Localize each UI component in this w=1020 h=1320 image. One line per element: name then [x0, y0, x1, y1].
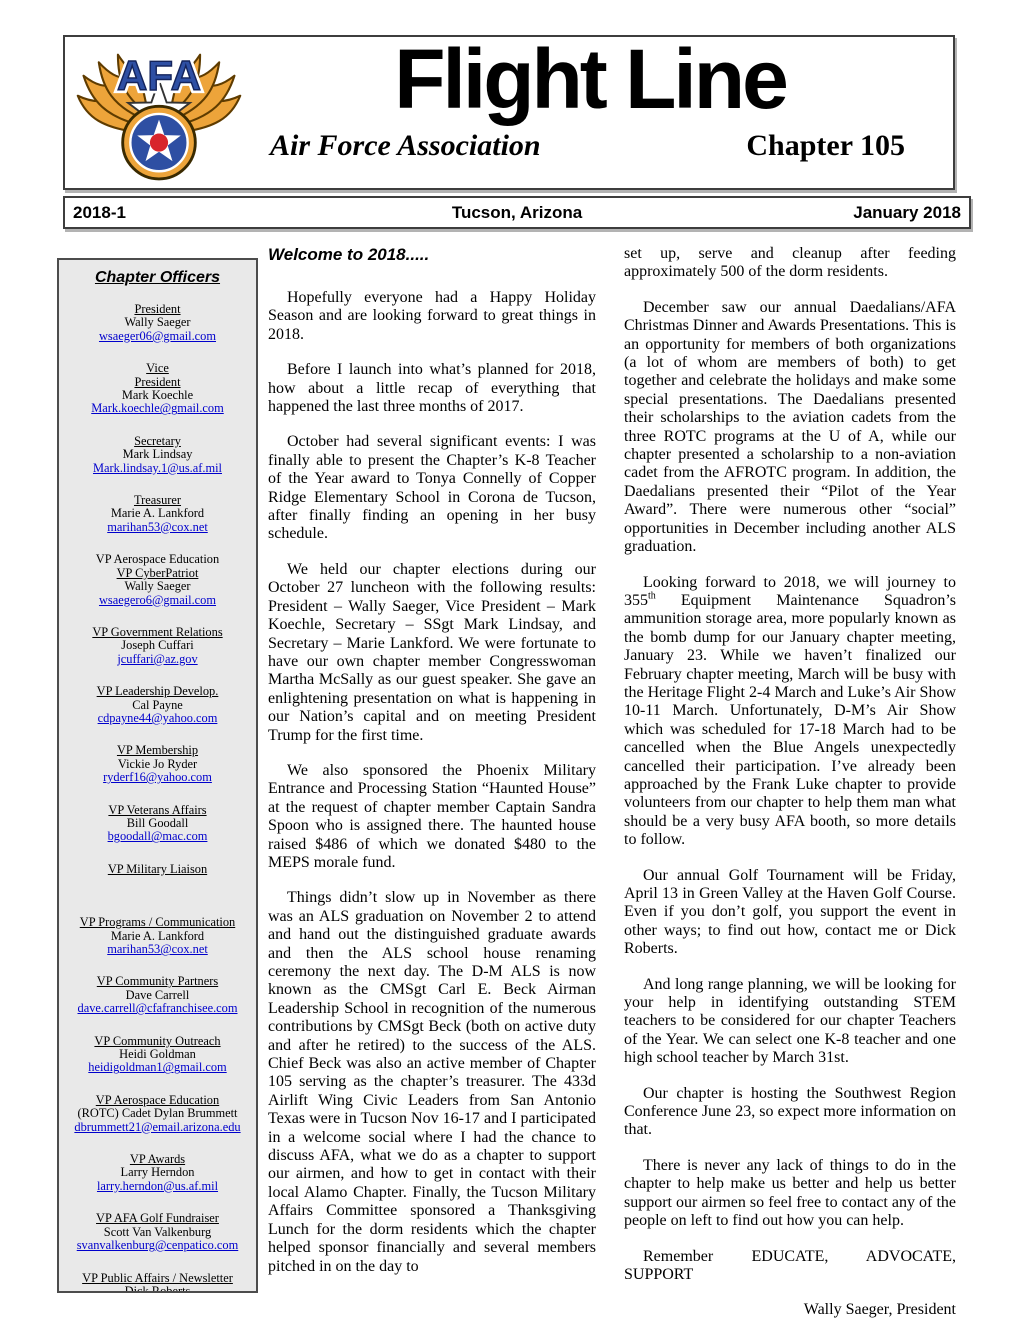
officer-email-link[interactable]: Mark.lindsay.1@us.af.mil: [59, 462, 256, 475]
article-heading: Welcome to 2018.....: [268, 245, 596, 265]
article-paragraph: December saw our annual Daedalians/AFA C…: [624, 299, 956, 557]
article-column-1: Welcome to 2018..... Hopefully everyone …: [268, 245, 596, 1293]
officer-entry: VP AFA Golf Fundraiser Scott Van Valkenb…: [59, 1212, 256, 1252]
officer-role: VP AFA Golf Fundraiser: [59, 1212, 256, 1225]
issue-date: January 2018: [665, 203, 961, 223]
officer-entry: VP Community Partners Dave Carrell dave.…: [59, 975, 256, 1015]
officer-pre-role: VP Aerospace Education: [59, 553, 256, 566]
svg-text:AFA: AFA: [117, 52, 201, 99]
masthead: AFA AFA Flight Line Air Force Associatio…: [63, 35, 955, 190]
article-paragraph: Looking forward to 2018, we will journey…: [624, 574, 956, 850]
article-paragraph: set up, serve and cleanup after feeding …: [624, 245, 956, 282]
officer-role: Secretary: [59, 435, 256, 448]
officer-entry: Secretary Mark Lindsay Mark.lindsay.1@us…: [59, 435, 256, 475]
officer-name: Larry Herndon: [59, 1166, 256, 1179]
officer-entry: VP Veterans Affairs Bill Goodall bgoodal…: [59, 804, 256, 844]
article-paragraph: Things didn’t slow up in November as the…: [268, 889, 596, 1276]
officer-role: VP CyberPatriot: [59, 567, 256, 580]
officer-email-link[interactable]: marihan53@cox.net: [59, 943, 256, 956]
officer-email-link[interactable]: ryderf16@yahoo.com: [59, 771, 256, 784]
officer-email-link[interactable]: heidigoldman1@gmail.com: [59, 1061, 256, 1074]
officer-name: Joseph Cuffari: [59, 639, 256, 652]
officer-name: Bill Goodall: [59, 817, 256, 830]
officer-name: Vickie Jo Ryder: [59, 758, 256, 771]
article-paragraph: We also sponsored the Phoenix Military E…: [268, 762, 596, 872]
officer-role: VP Leadership Develop.: [59, 685, 256, 698]
column1-paragraphs: Hopefully everyone had a Happy Holiday S…: [268, 289, 596, 1276]
officer-email-link[interactable]: dbrummett21@email.arizona.edu: [59, 1121, 256, 1134]
newsletter-title: Flight Line: [245, 35, 935, 123]
officer-entry: VP Programs / Communication Marie A. Lan…: [59, 916, 256, 956]
article-paragraph: Remember EDUCATE, ADVOCATE, SUPPORT: [624, 1248, 956, 1285]
officer-name: Wally Saeger: [59, 580, 256, 593]
officer-role: VP Community Outreach: [59, 1035, 256, 1048]
chapter-officers-panel: Chapter Officers President Wally Saeger …: [57, 258, 258, 1293]
officer-entry: Vice President Mark Koechle Mark.koechle…: [59, 362, 256, 416]
officer-role: VP Programs / Communication: [59, 916, 256, 929]
article-paragraph: Our chapter is hosting the Southwest Reg…: [624, 1085, 956, 1140]
article-column-2: set up, serve and cleanup after feeding …: [624, 245, 956, 1319]
officer-entry: VP Aerospace Education (ROTC) Cadet Dyla…: [59, 1094, 256, 1134]
officer-email-link[interactable]: marihan53@cox.net: [59, 521, 256, 534]
issue-location: Tucson, Arizona: [369, 203, 665, 223]
officer-name: Scott Van Valkenburg: [59, 1226, 256, 1239]
officer-role: President: [59, 303, 256, 316]
officer-email-link[interactable]: svanvalkenburg@cenpatico.com: [59, 1239, 256, 1252]
officer-email-link[interactable]: dave.carrell@cfafranchisee.com: [59, 1002, 256, 1015]
officer-name: Dick Roberts: [59, 1285, 256, 1293]
officer-entry: VP Public Affairs / Newsletter Dick Robe…: [59, 1272, 256, 1294]
officer-name: Mark Koechle: [59, 389, 256, 402]
officer-name: (ROTC) Cadet Dylan Brummett: [59, 1107, 256, 1120]
newsletter-page: AFA AFA Flight Line Air Force Associatio…: [0, 0, 1020, 1320]
article-paragraph: Our annual Golf Tournament will be Frida…: [624, 867, 956, 959]
officer-role: VP Military Liaison: [59, 863, 256, 876]
article-paragraph: Hopefully everyone had a Happy Holiday S…: [268, 289, 596, 344]
officer-email-link[interactable]: wsaeger06@gmail.com: [59, 330, 256, 343]
officer-email-link[interactable]: bgoodall@mac.com: [59, 830, 256, 843]
officer-email-link[interactable]: cdpayne44@yahoo.com: [59, 712, 256, 725]
officer-email-link[interactable]: wsaegero6@gmail.com: [59, 594, 256, 607]
officer-entry: President Wally Saeger wsaeger06@gmail.c…: [59, 303, 256, 343]
officer-name: Cal Payne: [59, 699, 256, 712]
article-paragraph: October had several significant events: …: [268, 433, 596, 543]
column2-paragraphs: set up, serve and cleanup after feeding …: [624, 245, 956, 1284]
signature: Wally Saeger, President: [624, 1301, 956, 1319]
officer-entry: VP Awards Larry Herndon larry.herndon@us…: [59, 1153, 256, 1193]
officer-role: Treasurer: [59, 494, 256, 507]
officer-role: VP Veterans Affairs: [59, 804, 256, 817]
article-paragraph: Before I launch into what’s planned for …: [268, 361, 596, 416]
officer-role: VP Community Partners: [59, 975, 256, 988]
officer-entry: VP Military Liaison: [59, 863, 256, 876]
officer-email-link[interactable]: larry.herndon@us.af.mil: [59, 1180, 256, 1193]
officer-role: VP Public Affairs / Newsletter: [59, 1272, 256, 1285]
officer-entry: VP Aerospace Education VP CyberPatriot W…: [59, 553, 256, 607]
officer-entry: VP Government Relations Joseph Cuffari j…: [59, 626, 256, 666]
officers-heading: Chapter Officers: [59, 269, 256, 287]
issue-bar: 2018-1 Tucson, Arizona January 2018: [63, 196, 971, 229]
officer-role: VP Awards: [59, 1153, 256, 1166]
officer-email-link[interactable]: Mark.koechle@gmail.com: [59, 402, 256, 415]
newsletter-subtitle: Air Force Association: [270, 129, 541, 163]
officer-role: VP Aerospace Education: [59, 1094, 256, 1107]
officer-entry: VP Community Outreach Heidi Goldman heid…: [59, 1035, 256, 1075]
afa-logo-icon: AFA AFA: [73, 40, 245, 184]
officer-entry: VP Leadership Develop. Cal Payne cdpayne…: [59, 685, 256, 725]
officer-email-link[interactable]: jcuffari@az.gov: [59, 653, 256, 666]
officer-name: Mark Lindsay: [59, 448, 256, 461]
officer-entry: Treasurer Marie A. Lankford marihan53@co…: [59, 494, 256, 534]
officer-name: Dave Carrell: [59, 989, 256, 1002]
officer-role: VP Government Relations: [59, 626, 256, 639]
officer-name: Wally Saeger: [59, 316, 256, 329]
officer-name: Marie A. Lankford: [59, 507, 256, 520]
officer-role: VP Membership: [59, 744, 256, 757]
article-paragraph: We held our chapter elections during our…: [268, 561, 596, 745]
issue-number: 2018-1: [73, 203, 369, 223]
officer-entry: VP Membership Vickie Jo Ryder ryderf16@y…: [59, 744, 256, 784]
article-paragraph: There is never any lack of things to do …: [624, 1157, 956, 1231]
officers-list: President Wally Saeger wsaeger06@gmail.c…: [59, 303, 256, 1293]
officer-name: Marie A. Lankford: [59, 930, 256, 943]
officer-role: Vice President: [59, 362, 256, 389]
officer-name: Heidi Goldman: [59, 1048, 256, 1061]
article-paragraph: And long range planning, we will be look…: [624, 976, 956, 1068]
chapter-number: Chapter 105: [746, 129, 905, 163]
